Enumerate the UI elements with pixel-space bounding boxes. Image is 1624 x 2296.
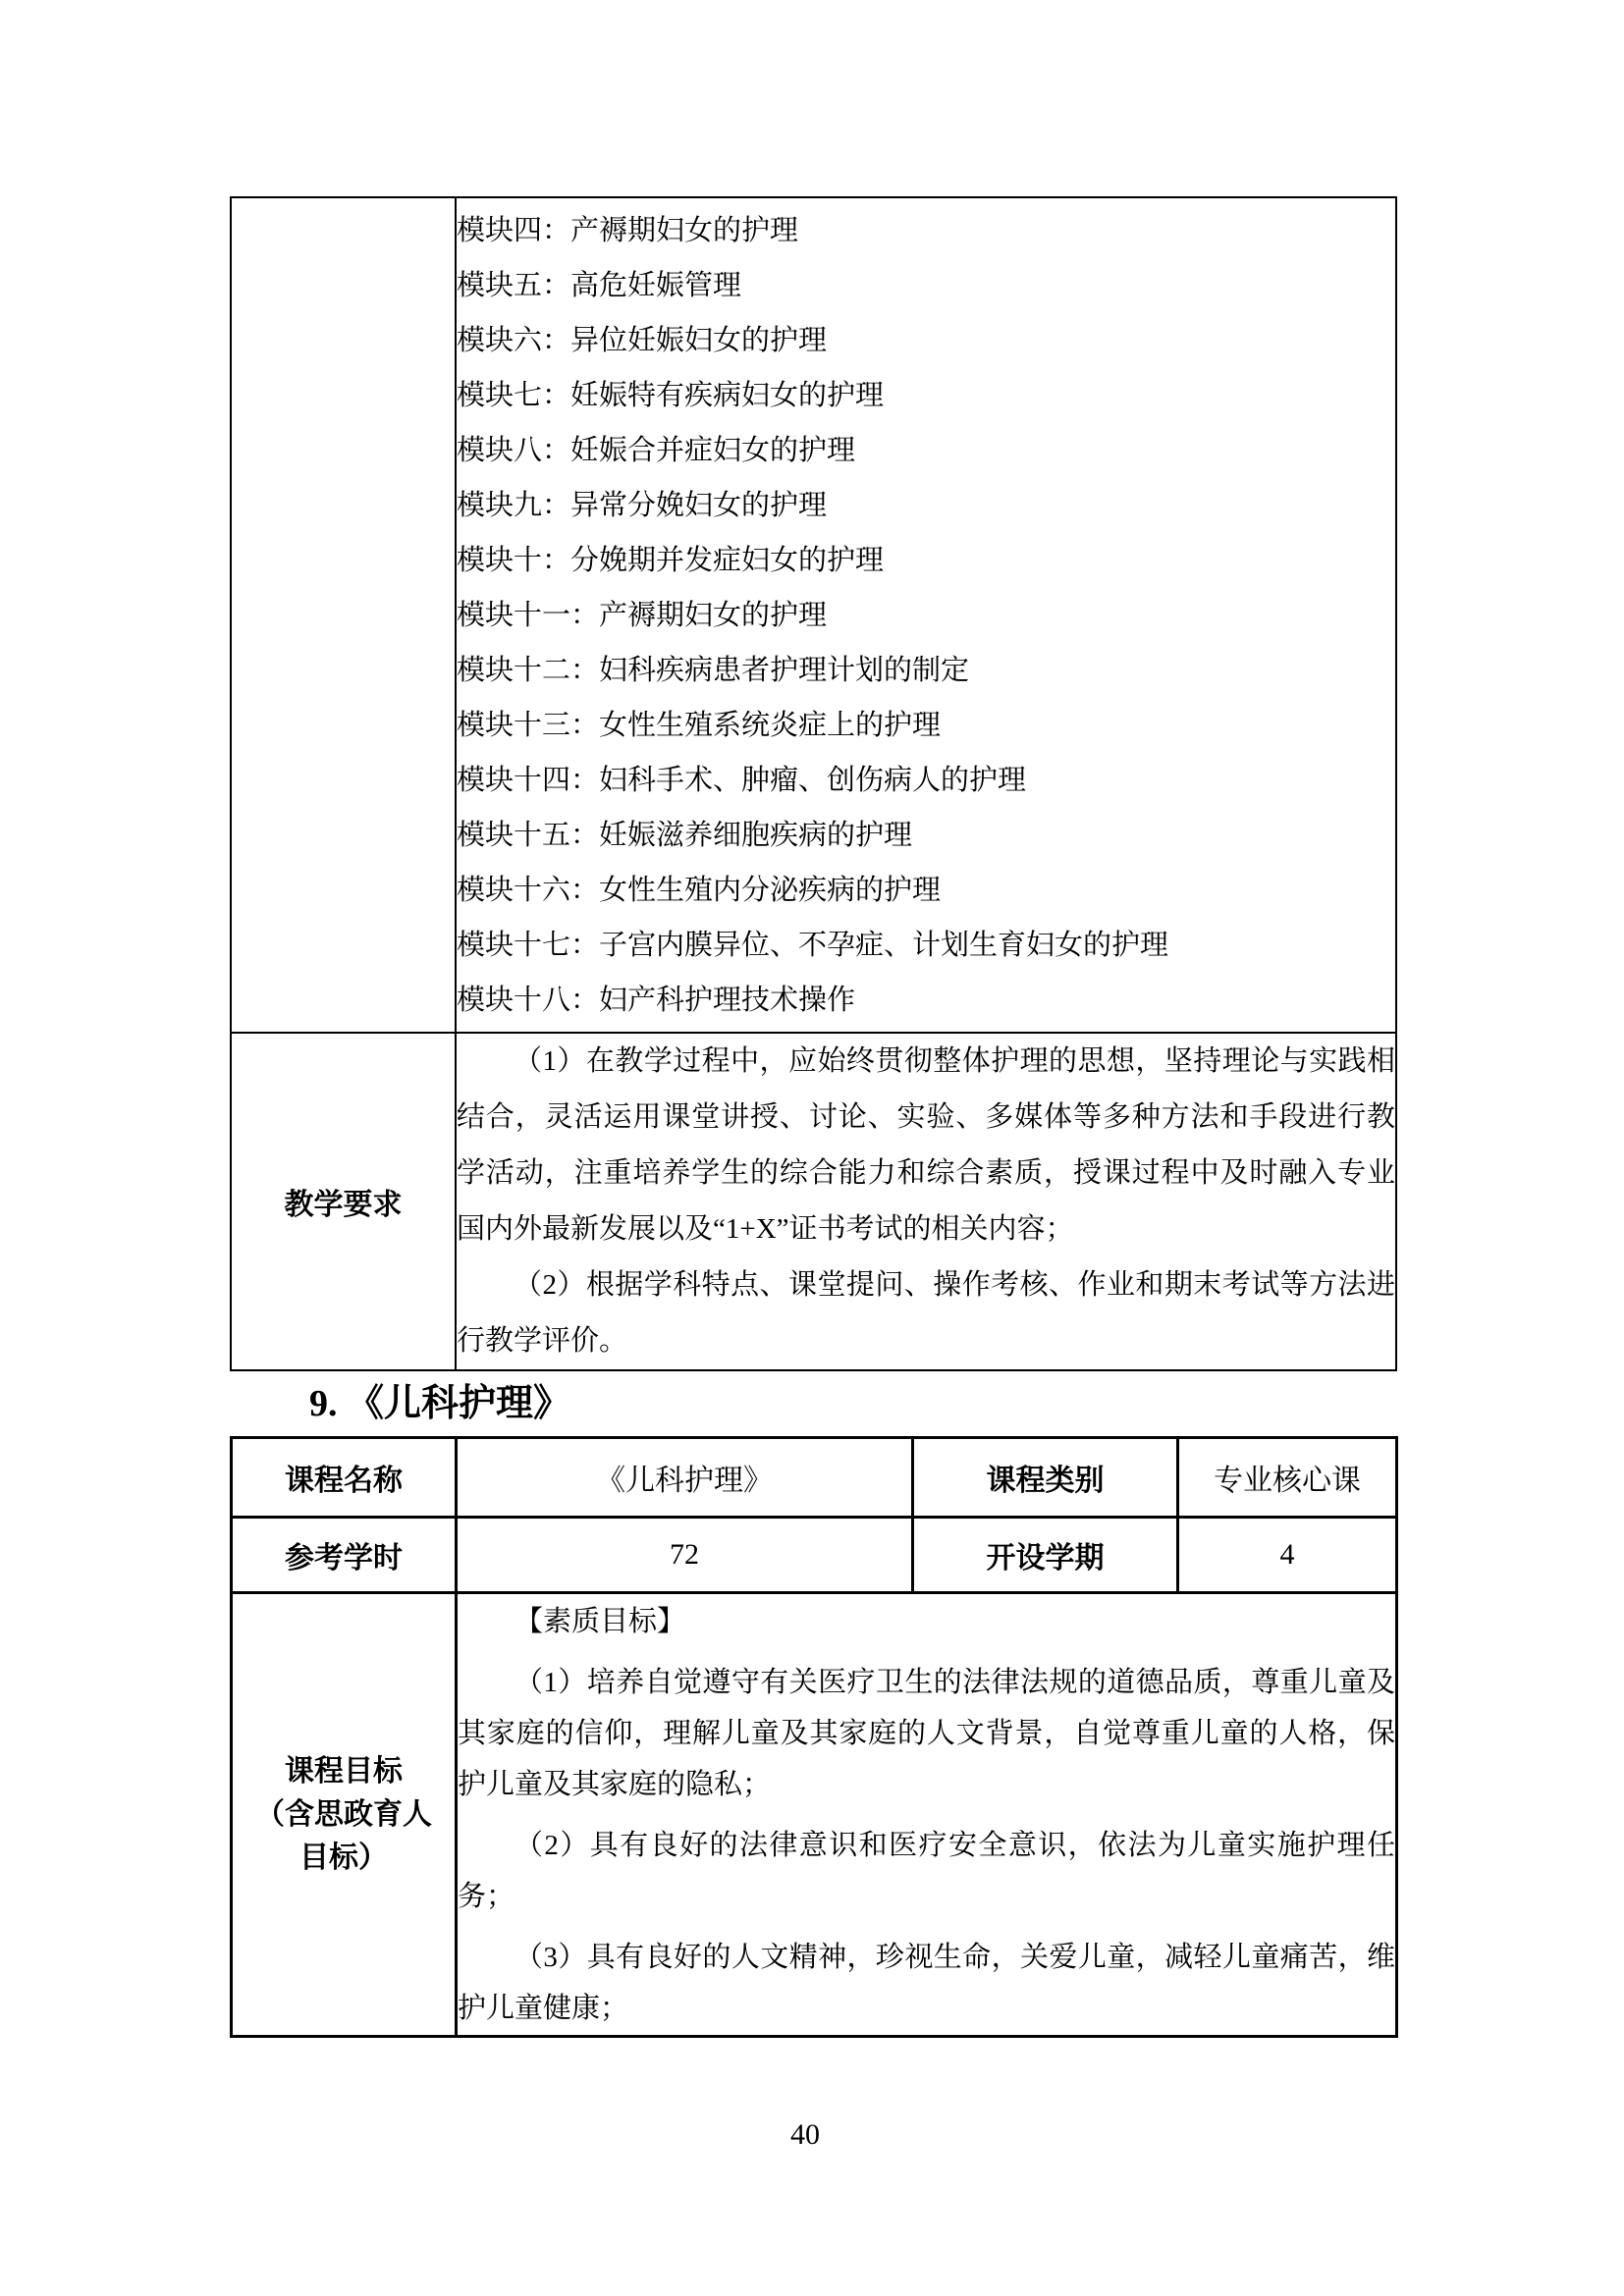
course-objectives-row: 课程目标 （含思政育人 目标） 【素质目标】 （1）培养自觉遵守有关医疗卫生的法… [232,1593,1397,2037]
quality-objective-paragraph-1: （1）培养自觉遵守有关医疗卫生的法律法规的道德品质，尊重儿童及其家庭的信仰，理解… [458,1657,1395,1810]
course-hours-row: 参考学时 72 开设学期 4 [232,1518,1397,1593]
course-type-value: 专业核心课 [1178,1438,1397,1518]
module-item: 模块十五：妊娠滋养细胞疾病的护理 [457,808,1395,863]
quality-objective-paragraph-3: （3）具有良好的人文精神，珍视生命，关爱儿童，减轻儿童痛苦，维护儿童健康； [458,1932,1395,2034]
module-item: 模块四：产褥期妇女的护理 [457,203,1395,258]
quality-objective-paragraph-2: （2）具有良好的法律意识和医疗安全意识，依法为儿童实施护理任务； [458,1820,1395,1922]
teaching-requirements-row: 教学要求 （1）在教学过程中，应始终贯彻整体护理的思想，坚持理论与实践相结合，灵… [231,1033,1396,1370]
teaching-requirements-label: 教学要求 [231,1033,456,1370]
module-list-cell: 模块四：产褥期妇女的护理 模块五：高危妊娠管理 模块六：异位妊娠妇女的护理 模块… [456,197,1396,1033]
course-objectives-label-line: 目标） [233,1837,455,1880]
teaching-requirements-cell: （1）在教学过程中，应始终贯彻整体护理的思想，坚持理论与实践相结合，灵活运用课堂… [456,1033,1396,1370]
module-item: 模块六：异位妊娠妇女的护理 [457,313,1395,368]
course-hours-label: 参考学时 [232,1518,457,1593]
module-item: 模块十：分娩期并发症妇女的护理 [457,533,1395,588]
course-objectives-label: 课程目标 （含思政育人 目标） [232,1593,457,2037]
course-semester-label: 开设学期 [913,1518,1178,1593]
module-item: 模块十七：子宫内膜异位、不孕症、计划生育妇女的护理 [457,918,1395,973]
module-list-table: 模块四：产褥期妇女的护理 模块五：高危妊娠管理 模块六：异位妊娠妇女的护理 模块… [230,196,1397,1371]
module-item: 模块十六：女性生殖内分泌疾病的护理 [457,863,1395,918]
module-table-left-empty-cell [231,197,456,1033]
quality-objectives-heading: 【素质目标】 [458,1596,1395,1647]
course-type-label: 课程类别 [913,1438,1178,1518]
course-hours-value: 72 [457,1518,913,1593]
page-number: 40 [0,2115,1610,2155]
module-list-row: 模块四：产褥期妇女的护理 模块五：高危妊娠管理 模块六：异位妊娠妇女的护理 模块… [231,197,1396,1033]
teaching-requirement-paragraph-2: （2）根据学科特点、课堂提问、操作考核、作业和期末考试等方法进行教学评价。 [457,1257,1395,1369]
teaching-requirement-paragraph-1: （1）在教学过程中，应始终贯彻整体护理的思想，坚持理论与实践相结合，灵活运用课堂… [457,1034,1395,1257]
course-objectives-cell: 【素质目标】 （1）培养自觉遵守有关医疗卫生的法律法规的道德品质，尊重儿童及其家… [457,1593,1397,2037]
module-item: 模块十八：妇产科护理技术操作 [457,973,1395,1028]
module-item: 模块五：高危妊娠管理 [457,258,1395,313]
module-item: 模块八：妊娠合并症妇女的护理 [457,423,1395,478]
module-item: 模块十一：产褥期妇女的护理 [457,588,1395,643]
course-name-value: 《儿科护理》 [457,1438,913,1518]
course-objectives-label-line: 课程目标 [233,1750,455,1793]
module-item: 模块九：异常分娩妇女的护理 [457,478,1395,533]
course-name-label: 课程名称 [232,1438,457,1518]
course-objectives-label-line: （含思政育人 [233,1793,455,1837]
module-item: 模块七：妊娠特有疾病妇女的护理 [457,368,1395,423]
course-info-table: 课程名称 《儿科护理》 课程类别 专业核心课 参考学时 72 开设学期 4 课程… [230,1436,1398,2038]
course-name-row: 课程名称 《儿科护理》 课程类别 专业核心课 [232,1438,1397,1518]
course-semester-value: 4 [1178,1518,1397,1593]
module-item: 模块十四：妇科手术、肿瘤、创伤病人的护理 [457,753,1395,808]
section-heading: 9. 《儿科护理》 [309,1378,570,1429]
module-item: 模块十三：女性生殖系统炎症上的护理 [457,698,1395,753]
document-page: 模块四：产褥期妇女的护理 模块五：高危妊娠管理 模块六：异位妊娠妇女的护理 模块… [0,0,1624,2296]
module-item: 模块十二：妇科疾病患者护理计划的制定 [457,643,1395,698]
